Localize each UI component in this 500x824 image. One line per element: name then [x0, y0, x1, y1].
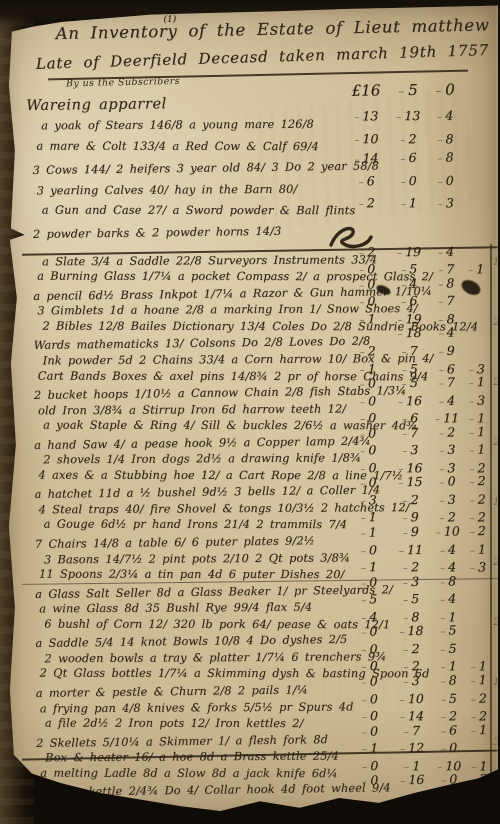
amount-farthings: 2: [465, 492, 491, 507]
amount-shillings: 18: [389, 325, 429, 341]
amount-columns: 0 16 4 3: [346, 392, 490, 408]
amount-pence: 8: [428, 150, 462, 165]
amount-shillings: 7: [392, 722, 432, 738]
margin-digit: 2: [493, 376, 500, 388]
amount-pence: 3: [430, 442, 464, 457]
amount-columns: 0 3 8: [347, 573, 491, 590]
amount-pounds: £16: [344, 81, 388, 100]
amount-farthings: [463, 293, 489, 308]
amount-shillings: 6: [389, 293, 429, 308]
amount-pence: 0: [429, 172, 463, 187]
item-description: 3 yearling Calves 40/ hay in the Barn 80…: [37, 182, 298, 197]
note-mark: (1): [163, 15, 176, 25]
amount-shillings: 4: [389, 276, 429, 292]
amount-shillings: 19: [389, 244, 429, 259]
adjacent-column-digits: 1 2 2 2 1 2 2 1 3: [493, 256, 500, 748]
amount-pounds: 0: [345, 261, 389, 276]
amount-columns: 0 16 0 3: [348, 771, 492, 788]
amount-farthings: 2: [465, 523, 491, 538]
amount-columns: 0 6 7: [345, 293, 489, 309]
item-description: 2 powder barks & 2 powder horns 14/3: [33, 225, 282, 241]
amount-pence: 4: [429, 325, 463, 340]
amount-pounds: 6: [345, 173, 389, 188]
amount-pounds: 0: [346, 410, 390, 425]
amount-pence: 8: [431, 573, 465, 588]
amount-columns: 0 7 6 1: [348, 722, 492, 739]
amount-pence: 10: [431, 523, 465, 538]
amount-pounds: 5: [347, 591, 391, 606]
amount-shillings: 6: [388, 150, 428, 166]
amount-farthings: 1: [464, 374, 490, 389]
amount-shillings: 6: [390, 410, 430, 425]
amount-shillings: 13: [388, 108, 428, 123]
manuscript-photo: (1) An Inventory of the Estate of Lieut …: [0, 0, 500, 824]
amount-shillings: 10: [392, 690, 432, 705]
amount-shillings: 5: [389, 262, 429, 277]
amount-farthings: [465, 640, 491, 655]
amount-pounds: 0: [347, 542, 391, 557]
ink-flourish: [328, 223, 374, 253]
amount-columns: 2 1 3: [345, 195, 489, 210]
amount-shillings: 9: [391, 524, 431, 540]
amount-farthings: [465, 591, 491, 606]
amount-columns: 14 6 8: [344, 149, 488, 166]
item-description: Wareing apparrel: [26, 96, 167, 114]
amount-columns: 0 5 7 1: [346, 374, 490, 391]
amount-shillings: 12: [392, 740, 432, 755]
amount-pounds: 0: [348, 708, 392, 723]
amount-farthings: 2: [466, 690, 492, 705]
amount-pounds: 0: [347, 641, 391, 656]
amount-pounds: 14: [344, 150, 388, 166]
amount-pence: 4: [429, 243, 463, 258]
amount-farthings: [466, 740, 492, 755]
amount-columns: 13 13 4: [344, 108, 488, 124]
amount-farthings: 3: [466, 771, 492, 786]
amount-pounds: 2: [346, 343, 390, 358]
amount-pence: 2: [432, 708, 466, 723]
amount-pounds: 1: [345, 311, 389, 326]
amount-shillings: 1: [389, 195, 429, 210]
inventory-row: 2 powder barks & 2 powder horns 14/3: [23, 217, 497, 245]
item-description: a yoak of Stears 146/8 a young mare 126/…: [41, 118, 314, 133]
amount-shillings: 1: [392, 758, 432, 773]
amount-pence: 8: [428, 131, 462, 146]
amount-farthings: [463, 172, 489, 187]
amount-shillings: 2: [391, 492, 431, 507]
amount-columns: 0 15 0 2: [346, 473, 490, 490]
amount-shillings: 3: [390, 442, 430, 457]
amount-columns: 1 2 4 3: [347, 559, 491, 574]
amount-pounds: 0: [346, 425, 390, 441]
margin-digit: 2: [493, 316, 500, 328]
amount-pounds: 2: [345, 195, 389, 210]
amount-shillings: 2: [388, 131, 428, 146]
amount-pounds: 10: [344, 131, 388, 146]
amount-columns: 0 3 3 1: [346, 442, 490, 458]
amount-shillings: 8: [391, 609, 431, 624]
amount-shillings: 16: [392, 772, 432, 788]
margin-digit: 1: [493, 496, 500, 508]
amount-farthings: 1: [466, 722, 492, 737]
amount-pounds: [345, 326, 389, 342]
amount-shillings: 15: [390, 474, 430, 490]
paper-sheet: (1) An Inventory of the Estate of Lieut …: [2, 4, 498, 820]
amount-shillings: 14: [392, 708, 432, 723]
amount-pence: 4: [431, 591, 465, 606]
amount-pounds: 0: [346, 375, 390, 391]
amount-pence: 3: [431, 492, 465, 507]
amount-pounds: 0: [346, 393, 390, 408]
amount-columns: 1 9 10 2: [347, 523, 491, 540]
amount-pounds: 1: [347, 559, 391, 574]
amount-farthings: [462, 131, 488, 146]
amount-pounds: 4: [347, 609, 391, 624]
amount-pence: 7: [429, 293, 463, 308]
amount-pounds: 0: [345, 294, 389, 309]
amount-farthings: [465, 573, 491, 588]
amount-pounds: 13: [344, 109, 388, 124]
amount-pounds: 3: [347, 492, 391, 507]
amount-pounds: 0: [347, 624, 391, 640]
amount-pence: 7: [430, 374, 464, 389]
amount-columns: 0 18 5: [347, 622, 491, 639]
amount-pence: 4: [431, 559, 465, 574]
amount-farthings: [462, 80, 488, 98]
amount-shillings: 3: [392, 673, 432, 689]
amount-pence: 5: [431, 641, 465, 656]
margin-digit: 2: [493, 556, 500, 568]
amount-farthings: 1: [465, 541, 491, 556]
amount-pence: 11: [430, 410, 464, 425]
amount-pence: 4: [430, 392, 464, 407]
amount-columns: 3 2 3 2: [347, 492, 491, 508]
amount-pence: 2: [430, 424, 464, 439]
inventory-rows: Wareing apparrel £16 5 0 a yoak of Stear…: [22, 91, 500, 797]
amount-shillings: 7: [390, 343, 430, 358]
amount-farthings: [463, 195, 489, 210]
amount-pounds: 0: [346, 443, 390, 458]
amount-pounds: 0: [348, 691, 392, 706]
amount-pounds: 0: [348, 773, 392, 789]
amount-columns: 0 7 2 1: [346, 424, 490, 441]
amount-pence: 7: [429, 262, 463, 277]
amount-shillings: 3: [391, 573, 431, 589]
amount-pounds: 0: [346, 475, 390, 491]
amount-shillings: 0: [389, 173, 429, 188]
amount-pence: 0: [428, 80, 462, 98]
item-description: a mare & Colt 133/4 a Red Cow & Calf 69/…: [36, 139, 318, 152]
amount-shillings: 2: [392, 659, 432, 674]
amount-shillings: 5: [388, 81, 428, 100]
amount-pounds: 1: [347, 510, 391, 525]
amount-pounds: 1: [347, 524, 391, 540]
ruled-line-right-margin: [490, 244, 492, 776]
amount-shillings: 11: [391, 542, 431, 557]
amount-pence: 3: [429, 195, 463, 210]
manuscript-content: (1) An Inventory of the Estate of Lieut …: [22, 19, 500, 797]
amount-pounds: 0: [346, 460, 390, 475]
amount-pounds: 0: [348, 673, 392, 689]
amount-columns: 10 2 8: [344, 131, 488, 146]
amount-columns: 0 11 4 1: [347, 541, 491, 557]
amount-pence: 4: [428, 108, 462, 123]
amount-columns: 0 10 5 2: [348, 690, 492, 706]
amount-farthings: [463, 324, 489, 339]
amount-columns: £16 5 0: [344, 80, 488, 100]
amount-shillings: 9: [391, 510, 431, 525]
amount-pence: 8: [432, 672, 466, 687]
amount-shillings: 5: [390, 361, 430, 376]
amount-pounds: 0: [348, 723, 392, 739]
amount-columns: 0 14 2 2: [348, 708, 492, 723]
amount-shillings: 2: [391, 641, 431, 656]
amount-shillings: 18: [391, 623, 431, 639]
amount-farthings: [462, 149, 488, 164]
margin-digit: 3: [493, 736, 500, 748]
amount-columns: 5 5 4: [347, 591, 491, 607]
amount-shillings: 5: [390, 375, 430, 391]
amount-columns: 2 7 9: [346, 343, 490, 359]
amount-pounds: 0: [348, 758, 392, 773]
item-description: a Gun and Case 27/ a Sword powder & Ball…: [42, 204, 356, 218]
amount-pence: 0: [432, 772, 466, 787]
amount-shillings: 2: [391, 559, 431, 574]
amount-pounds: 1: [346, 361, 390, 376]
amount-farthings: 3: [464, 392, 490, 407]
amount-shillings: 7: [390, 425, 430, 441]
amount-pence: 0: [432, 740, 466, 755]
item-description: 3 Cows 144/ 2 heifers 3 year old 84/ 3 D…: [32, 160, 379, 178]
amount-pence: 0: [430, 474, 464, 489]
amount-pounds: 0: [347, 574, 391, 590]
amount-farthings: 1: [464, 424, 490, 439]
amount-shillings: 5: [391, 591, 431, 606]
amount-pence: 6: [432, 722, 466, 737]
amount-pence: 8: [429, 275, 463, 290]
amount-pence: 5: [431, 623, 465, 638]
amount-farthings: [465, 622, 491, 637]
amount-farthings: 2: [464, 473, 490, 488]
amount-pence: 4: [431, 541, 465, 556]
amount-farthings: [462, 108, 488, 123]
margin-digit: 2: [493, 436, 500, 448]
amount-pounds: 0: [348, 659, 392, 674]
amount-columns: 18 4: [345, 324, 489, 341]
item-description: a Brass kettle 2/4¾ Do 4/ Collar hook 4d…: [36, 782, 390, 800]
amount-farthings: [464, 343, 490, 358]
title-text: An Inventory of the Estate of Lieut matt…: [55, 14, 500, 43]
amount-columns: 6 0 0: [345, 172, 489, 188]
amount-pence: 9: [430, 343, 464, 358]
margin-digit: 1: [493, 256, 500, 268]
margin-digit: 2: [493, 616, 500, 628]
amount-columns: 0 3 8 1: [348, 672, 492, 689]
amount-farthings: 1: [466, 672, 492, 687]
amount-pence: 5: [432, 690, 466, 705]
amount-columns: 0 2 5: [347, 640, 491, 656]
amount-shillings: 16: [390, 393, 430, 408]
margin-digit: 1: [493, 676, 500, 688]
amount-farthings: 1: [464, 442, 490, 457]
